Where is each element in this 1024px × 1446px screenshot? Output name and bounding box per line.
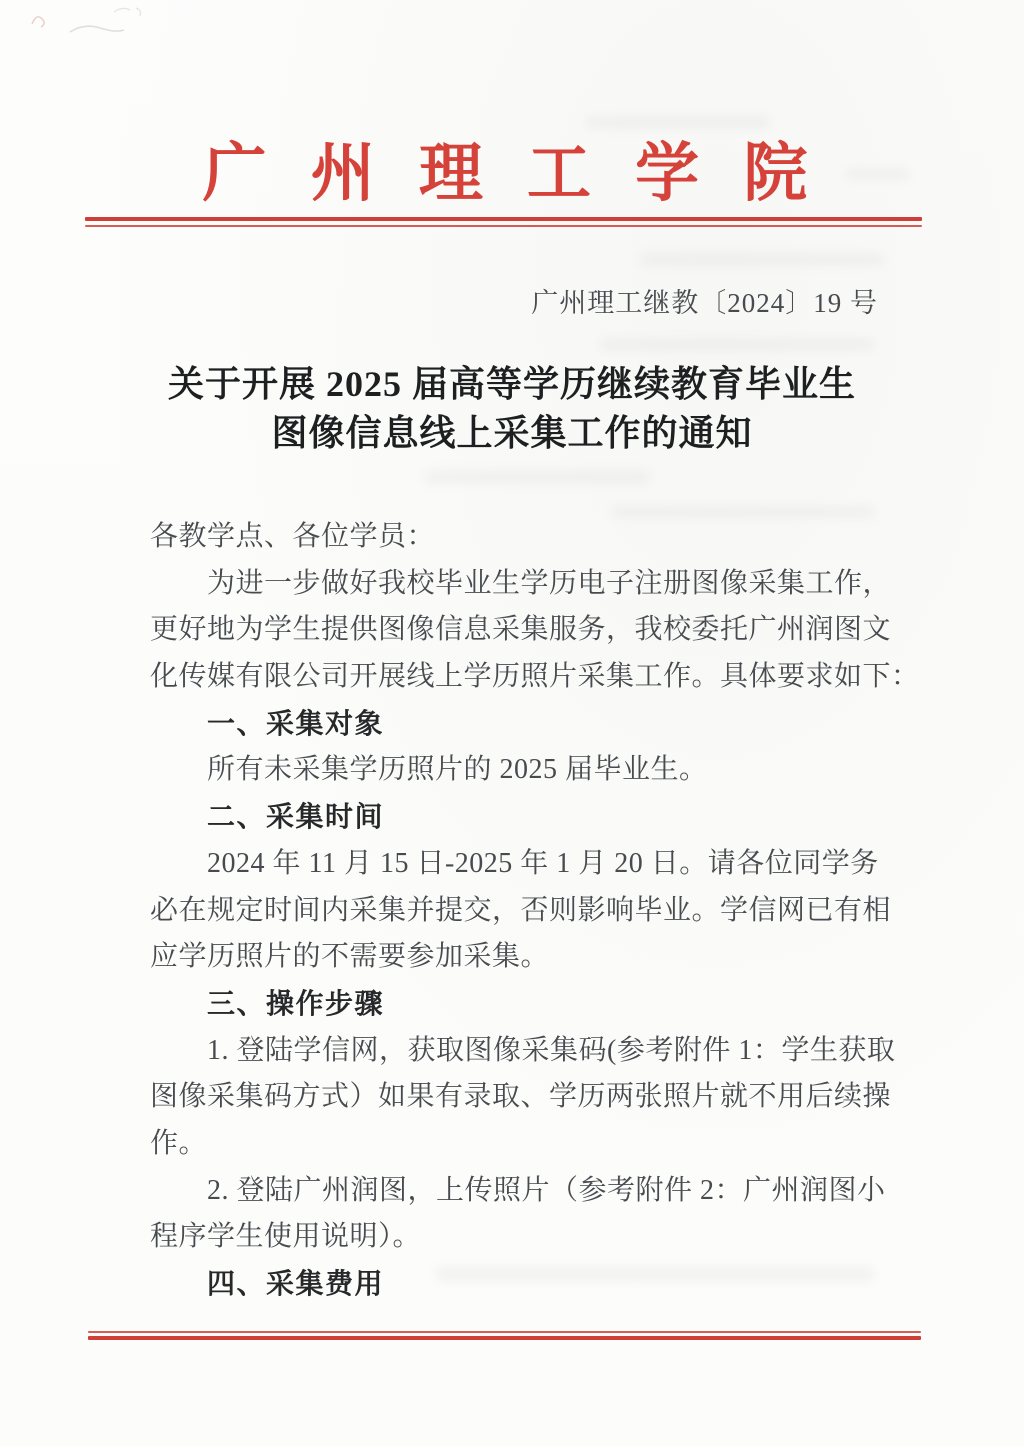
bleedthrough-smudge <box>600 338 875 351</box>
step-1-line-1: 1. 登陆学信网，获取图像采集码(参考附件 1：学生获取 <box>150 1028 910 1075</box>
step-2-line-1: 2. 登陆广州润图，上传照片（参考附件 2：广州润图小 <box>150 1168 910 1215</box>
section-2-line-3: 应学历照片的不需要参加采集。 <box>150 934 910 981</box>
section-2-heading: 二、采集时间 <box>150 794 910 841</box>
bleedthrough-smudge <box>640 253 885 266</box>
section-3-heading: 三、操作步骤 <box>150 981 910 1028</box>
bleedthrough-smudge <box>425 470 650 484</box>
notice-title-line2: 图像信息线上采集工作的通知 <box>0 409 1024 458</box>
section-4-heading: 四、采集费用 <box>150 1261 910 1308</box>
header-rule-thin <box>85 225 922 227</box>
step-2-line-2: 程序学生使用说明）。 <box>150 1214 910 1261</box>
notice-title-line1: 关于开展 2025 届高等学历继续教育毕业生 <box>0 360 1024 409</box>
document-number: 广州理工继教〔2024〕19 号 <box>0 281 1024 320</box>
footer-rule-thick <box>88 1336 921 1340</box>
intro-line-1: 为进一步做好我校毕业生学历电子注册图像采集工作， <box>150 561 910 608</box>
scanned-notice-page: 广 州 理 工 学 院 广州理工继教〔2024〕19 号 关于开展 2025 届… <box>0 0 1024 1446</box>
section-1-heading: 一、采集对象 <box>150 701 910 748</box>
section-2-line-1: 2024 年 11 月 15 日-2025 年 1 月 20 日。请各位同学务 <box>150 841 910 888</box>
university-name: 广 州 理 工 学 院 <box>0 122 1024 214</box>
intro-line-2: 更好地为学生提供图像信息采集服务，我校委托广州润图文 <box>150 607 910 654</box>
step-1-line-3: 作。 <box>150 1121 910 1168</box>
notice-title: 关于开展 2025 届高等学历继续教育毕业生 图像信息线上采集工作的通知 <box>0 360 1024 458</box>
header-rule-thick <box>85 217 922 221</box>
step-1-line-2: 图像采集码方式）如果有录取、学历两张照片就不用后续操 <box>150 1074 910 1121</box>
section-1-content: 所有未采集学历照片的 2025 届毕业生。 <box>150 747 910 794</box>
pencil-marks <box>18 2 168 44</box>
section-2-line-2: 必在规定时间内采集并提交，否则影响毕业。学信网已有相 <box>150 888 910 935</box>
salutation: 各教学点、各位学员： <box>150 514 910 561</box>
notice-body: 各教学点、各位学员： 为进一步做好我校毕业生学历电子注册图像采集工作， 更好地为… <box>150 514 910 1308</box>
intro-line-3: 化传媒有限公司开展线上学历照片采集工作。具体要求如下： <box>150 654 910 701</box>
footer-rule-thin <box>88 1331 921 1333</box>
